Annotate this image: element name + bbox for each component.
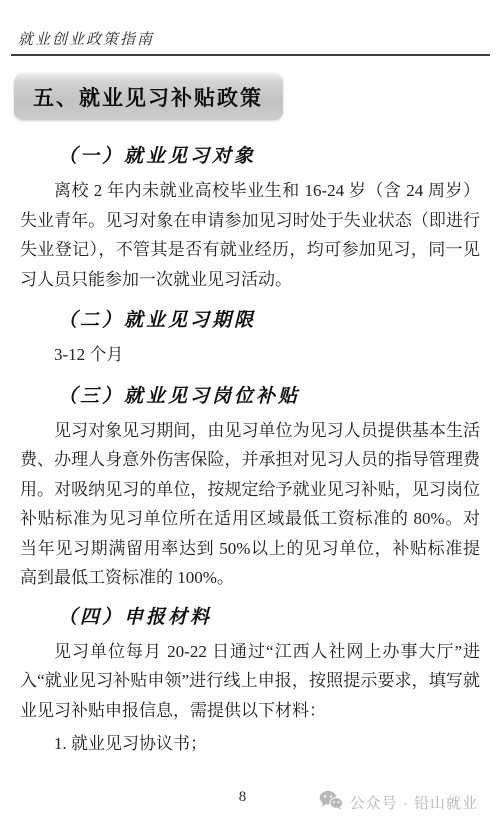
section-1-paragraph: 离校 2 年内未就业高校毕业生和 16-24 岁（含 24 周岁）失业青年。见习…: [20, 176, 480, 294]
section-heading-4: （四）申报材料: [20, 607, 480, 629]
section-heading-1: （一）就业见习对象: [20, 146, 480, 168]
document-page: 就业创业政策指南 五、就业见习补贴政策 （一）就业见习对象 离校 2 年内未就业…: [0, 0, 500, 828]
chapter-title-banner: 五、就业见习补贴政策: [14, 73, 283, 120]
section-3-paragraph: 见习对象见习期间，由见习单位为见习人员提供基本生活费、办理人身意外伤害保险，并承…: [20, 416, 480, 593]
running-header-title: 就业创业政策指南: [18, 32, 154, 48]
document-body: （一）就业见习对象 离校 2 年内未就业高校毕业生和 16-24 岁（含 24 …: [20, 126, 480, 759]
section-heading-3: （三）就业见习岗位补贴: [20, 386, 480, 408]
header-divider: [11, 54, 490, 56]
section-4-list-item-1: 1. 就业见习协议书；: [20, 729, 480, 759]
running-header: 就业创业政策指南: [18, 28, 488, 49]
section-4-paragraph: 见习单位每月 20-22 日通过“江西人社网上办事大厅”进入“就业见习补贴申领”…: [20, 637, 480, 726]
wechat-icon: [319, 790, 343, 814]
section-2-paragraph: 3-12 个月: [20, 340, 480, 370]
watermark: 公众号 · 铅山就业: [319, 790, 478, 814]
chapter-title: 五、就业见习补贴政策: [33, 82, 263, 112]
watermark-text: 公众号 · 铅山就业: [350, 792, 478, 813]
section-heading-2: （二）就业见习期限: [20, 310, 480, 332]
